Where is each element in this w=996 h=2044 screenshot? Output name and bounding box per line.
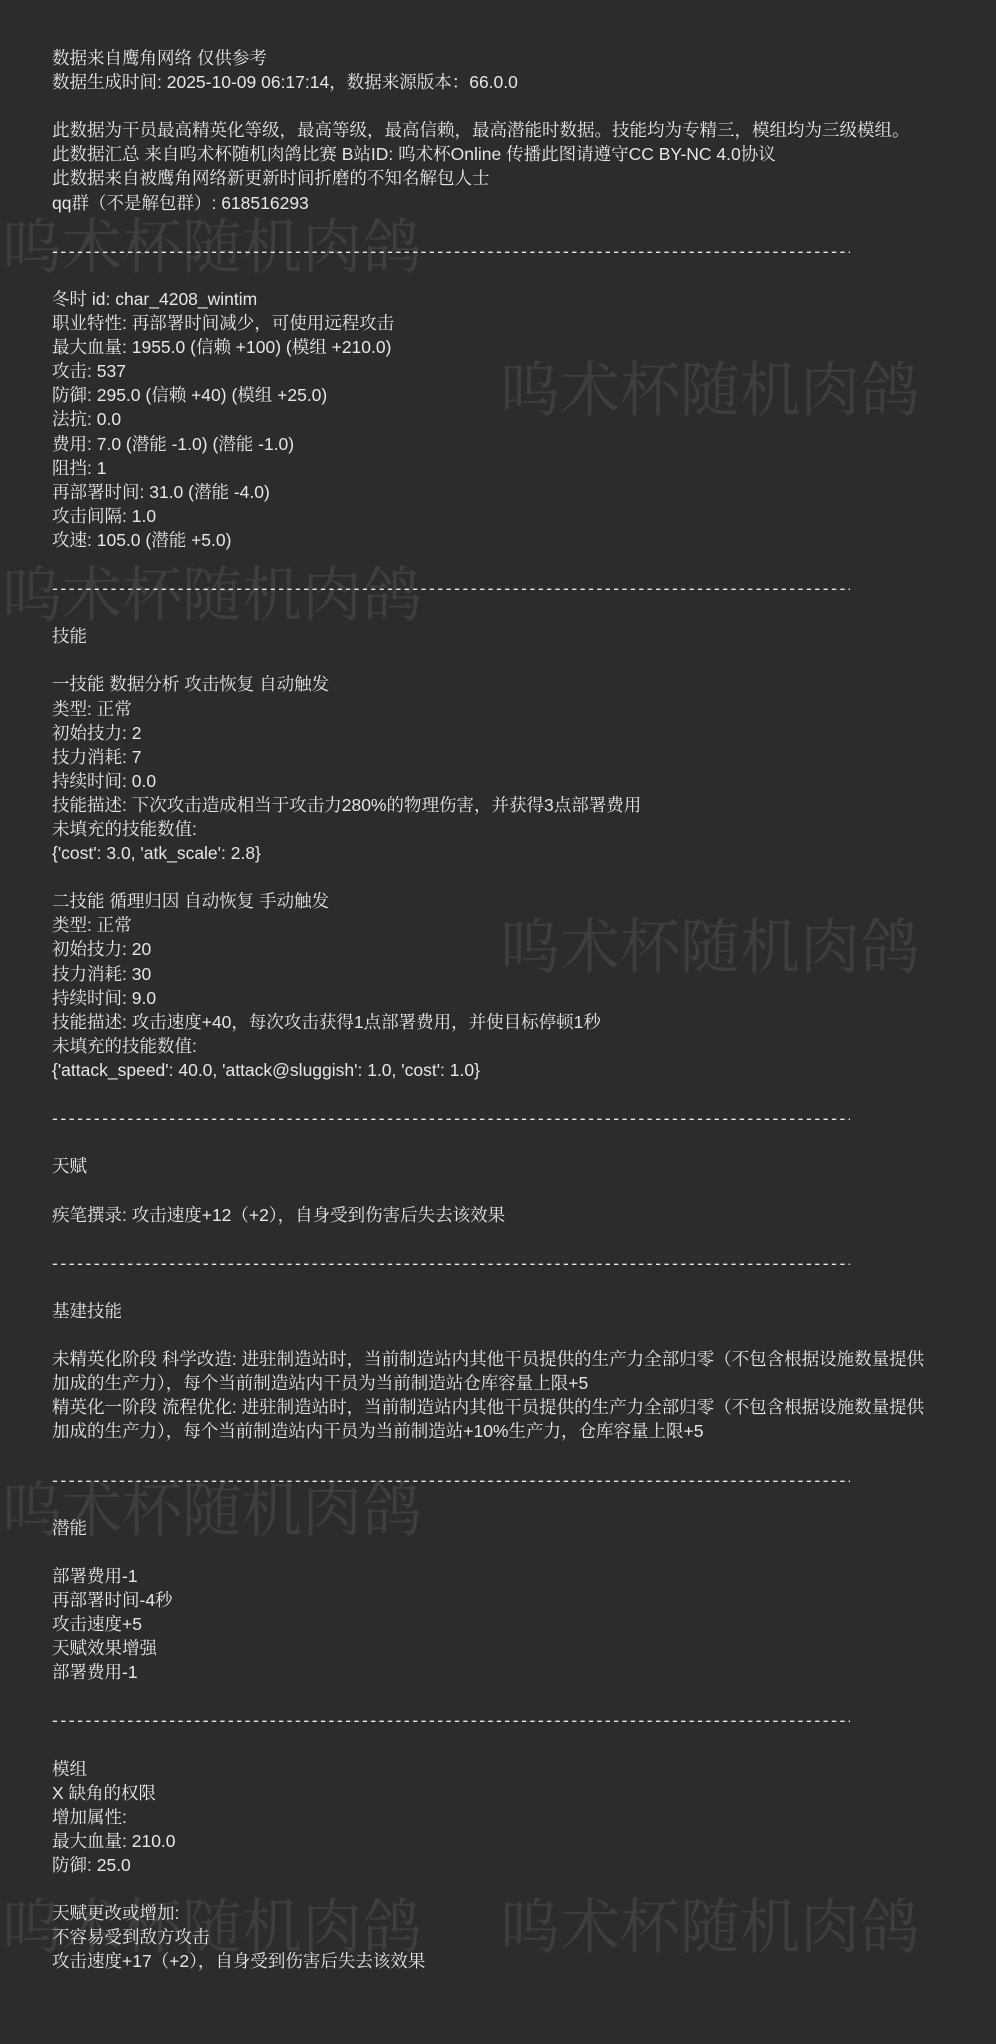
- text-line: 不容易受到敌方攻击: [52, 1925, 924, 1949]
- blank-line: [52, 263, 924, 287]
- text-line: 攻击速度+5: [52, 1612, 924, 1636]
- text-line: 技能描述: 攻击速度+40，每次攻击获得1点部署费用，并使目标停顿1秒: [52, 1010, 924, 1034]
- text-line: 二技能 循理归因 自动恢复 手动触发: [52, 889, 924, 913]
- blank-line: [52, 1733, 924, 1757]
- text-line: 部署费用-1: [52, 1660, 924, 1684]
- text-line: 再部署时间: 31.0 (潜能 -4.0): [52, 480, 924, 504]
- text-line: 费用: 7.0 (潜能 -1.0) (潜能 -1.0): [52, 432, 924, 456]
- text-line: 基建技能: [52, 1299, 924, 1323]
- text-line: X 缺角的权限: [52, 1781, 924, 1805]
- text-line: 潜能: [52, 1516, 924, 1540]
- text-line: 此数据为干员最高精英化等级，最高等级，最高信赖，最高潜能时数据。技能均为专精三，…: [52, 118, 924, 142]
- text-line: 持续时间: 9.0: [52, 986, 924, 1010]
- text-line: 技能描述: 下次攻击造成相当于攻击力280%的物理伤害，并获得3点部署费用: [52, 793, 924, 817]
- blank-line: [52, 1323, 924, 1347]
- text-line: 阻挡: 1: [52, 456, 924, 480]
- blank-line: [52, 600, 924, 624]
- text-line: 精英化一阶段 流程优化: 进驻制造站时，当前制造站内其他干员提供的生产力全部归零…: [52, 1395, 924, 1419]
- text-line: 技能: [52, 624, 924, 648]
- text-line: 数据来自鹰角网络 仅供参考: [52, 46, 924, 70]
- text-line: 技力消耗: 7: [52, 745, 924, 769]
- text-line: 疾笔撰录: 攻击速度+12（+2），自身受到伤害后失去该效果: [52, 1203, 924, 1227]
- blank-line: [52, 552, 924, 576]
- operator-data-sheet: 数据来自鹰角网络 仅供参考数据生成时间: 2025-10-09 06:17:14…: [0, 0, 924, 1974]
- text-line: 此数据来自被鹰角网络新更新时间折磨的不知名解包人士: [52, 166, 924, 190]
- blank-line: [52, 1227, 924, 1251]
- blank-line: [52, 1275, 924, 1299]
- text-line: 防御: 295.0 (信赖 +40) (模组 +25.0): [52, 383, 924, 407]
- blank-line: [52, 1540, 924, 1564]
- text-line: 初始技力: 20: [52, 937, 924, 961]
- text-line: qq群（不是解包群）: 618516293: [52, 191, 924, 215]
- text-line: 此数据汇总 来自呜术杯随机肉鸽比赛 B站ID: 呜术杯Online 传播此图请遵…: [52, 142, 924, 166]
- text-line: 部署费用-1: [52, 1564, 924, 1588]
- text-line: 类型: 正常: [52, 913, 924, 937]
- divider-line: ----------------------------------------…: [52, 1251, 850, 1275]
- text-line: 最大血量: 210.0: [52, 1829, 924, 1853]
- text-line: 加成的生产力），每个当前制造站内干员为当前制造站+10%生产力，仓库容量上限+5: [52, 1419, 924, 1443]
- text-line: 未填充的技能数值:: [52, 1034, 924, 1058]
- text-line: 再部署时间-4秒: [52, 1588, 924, 1612]
- text-line: 技力消耗: 30: [52, 962, 924, 986]
- text-line: 一技能 数据分析 攻击恢复 自动触发: [52, 672, 924, 696]
- text-line: {'cost': 3.0, 'atk_scale': 2.8}: [52, 841, 924, 865]
- text-line: 攻击间隔: 1.0: [52, 504, 924, 528]
- blank-line: [52, 1492, 924, 1516]
- text-line: 攻速: 105.0 (潜能 +5.0): [52, 528, 924, 552]
- blank-line: [52, 94, 924, 118]
- divider-line: ----------------------------------------…: [52, 576, 850, 600]
- blank-line: [52, 865, 924, 889]
- text-line: 数据生成时间: 2025-10-09 06:17:14，数据来源版本：66.0.…: [52, 70, 924, 94]
- text-line: 最大血量: 1955.0 (信赖 +100) (模组 +210.0): [52, 335, 924, 359]
- text-line: 职业特性: 再部署时间减少，可使用远程攻击: [52, 311, 924, 335]
- blank-line: [52, 1082, 924, 1106]
- text-line: 天赋效果增强: [52, 1636, 924, 1660]
- text-line: 模组: [52, 1757, 924, 1781]
- blank-line: [52, 1877, 924, 1901]
- text-line: 防御: 25.0: [52, 1853, 924, 1877]
- blank-line: [52, 1130, 924, 1154]
- blank-line: [52, 1443, 924, 1467]
- text-line: 天赋更改或增加:: [52, 1901, 924, 1925]
- text-line: 法抗: 0.0: [52, 407, 924, 431]
- divider-line: ----------------------------------------…: [52, 239, 850, 263]
- text-line: 未填充的技能数值:: [52, 817, 924, 841]
- blank-line: [52, 215, 924, 239]
- blank-line: [52, 648, 924, 672]
- text-line: 攻击: 537: [52, 359, 924, 383]
- divider-line: ----------------------------------------…: [52, 1708, 850, 1732]
- text-line: 天赋: [52, 1154, 924, 1178]
- blank-line: [52, 1178, 924, 1202]
- text-line: 加成的生产力），每个当前制造站内干员为当前制造站仓库容量上限+5: [52, 1371, 924, 1395]
- divider-line: ----------------------------------------…: [52, 1468, 850, 1492]
- text-line: 初始技力: 2: [52, 721, 924, 745]
- text-line: 未精英化阶段 科学改造: 进驻制造站时，当前制造站内其他干员提供的生产力全部归零…: [52, 1347, 924, 1371]
- text-line: 类型: 正常: [52, 697, 924, 721]
- text-line: 增加属性:: [52, 1805, 924, 1829]
- text-line: 持续时间: 0.0: [52, 769, 924, 793]
- divider-line: ----------------------------------------…: [52, 1106, 850, 1130]
- text-line: 攻击速度+17（+2），自身受到伤害后失去该效果: [52, 1949, 924, 1973]
- text-line: 冬时 id: char_4208_wintim: [52, 287, 924, 311]
- blank-line: [52, 1684, 924, 1708]
- text-line: {'attack_speed': 40.0, 'attack@sluggish'…: [52, 1058, 924, 1082]
